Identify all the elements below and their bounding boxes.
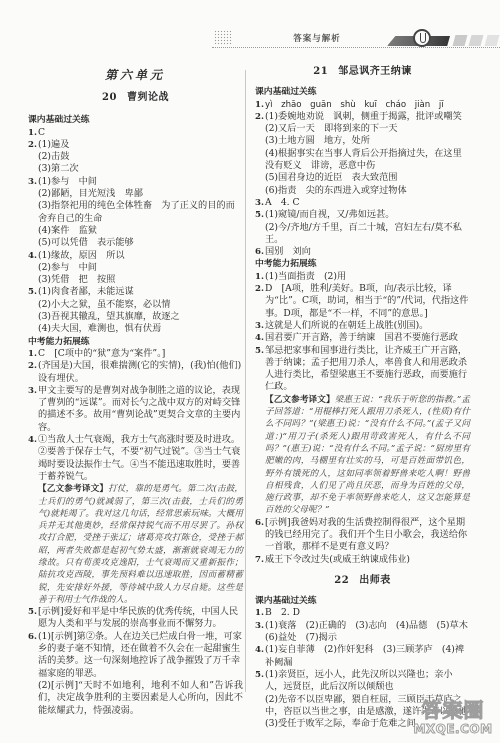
section-heading: 课内基础过关练 xyxy=(28,114,243,126)
answer-item: 5.邹忌把家事和国事进行类比，让齐威王广开言路，善于纳谏；孟子把用刀杀人，率兽食… xyxy=(255,345,470,394)
book-logo-icon xyxy=(413,29,431,47)
answer-item: 6.[示例]我爸妈对我的生活费控制得很严，这个星期的钱已经用完了。我们开个生日小… xyxy=(255,517,470,554)
answer-item: 3.甲文主要写的是曹刿对战争制胜之道的议论，表现了曹刿的“远谋”。而对长勺之战中… xyxy=(28,385,243,434)
answer-item: 2.D [A项，胜利/美好。B项，向/表示比较，译为“比”。C项，助词，相当于“… xyxy=(255,283,470,320)
answer-item: 1.C xyxy=(28,127,243,139)
watermark: 答案圈 MXQE.COM xyxy=(408,698,498,743)
answer-item: 5.(1)肉食者鄙，未能远谋 xyxy=(28,286,243,298)
header-dot-pattern xyxy=(214,30,232,45)
left-column: 20曹刿论战 课内基础过关练 1.C 2.(1)遍及 (2)击鼓 (3)第二次 … xyxy=(28,92,243,717)
lesson-title-21: 21邹忌讽齐王纳谏 xyxy=(255,66,470,78)
answer-item: 1.C [C项中的“狱”意为“案件”。] xyxy=(28,348,243,360)
answer-item: 2.(齐国是)大国，很难揣测(它的实情)，(我)怕(他们)设有埋伏。 xyxy=(28,360,243,385)
answer-item: 4.国君要广开言路，善于纳谏 国君不要施行恶政 xyxy=(255,332,470,344)
header-stripe-decoration xyxy=(469,35,484,46)
answer-item: 4.(1)缘故，原因 所以 xyxy=(28,250,243,262)
section-heading: 中考能力拓展练 xyxy=(255,258,470,270)
reference-translation: 【乙文参考译文】梁惠王说：“我乐于听您的指教。”孟子回答道：“用棍棒打死人跟用刀… xyxy=(265,394,470,517)
right-column: 21邹忌讽齐王纳谏 课内基础过关练 1.yì zhāo guān shù kuī… xyxy=(255,66,470,730)
answer-item: 2.(1)委婉地劝说 讽刺，侧重于揭露，批评或嘲笑 xyxy=(255,111,470,123)
answer-item: 1.B 2. D xyxy=(255,607,470,619)
unit-title: 第六单元 xyxy=(100,66,170,83)
header-title: 答案与解析 xyxy=(277,32,357,44)
answer-item: 6.(1)[示例]第②条。人在边关已烂成白骨一堆，可家乡的妻子毫不知情，还在做着… xyxy=(28,631,243,680)
answer-item: 3.(1)衰落 (2)正确的 (3)志向 (4)品德 (5)草木 (6)益处 (… xyxy=(255,620,470,645)
page-header: 答案与解析 xyxy=(212,28,500,50)
section-heading: 中考能力拓展练 xyxy=(28,336,243,348)
answer-item: 4.①当敌人士气衰竭，我方士气高涨时要及时进攻。②要善于保存士气，不要“初气过锐… xyxy=(28,434,243,483)
column-divider xyxy=(245,70,246,692)
answer-item: 7.威王下令改过失(或威王纳谏成伟业) xyxy=(255,554,470,566)
answer-item: 3.(1)参与 中间 xyxy=(28,176,243,188)
reference-translation: 【乙文参考译文】打仗，靠的是勇气。第二次(击鼓，士兵们的勇气)就减弱了，第三次(… xyxy=(38,483,243,606)
section-heading: 课内基础过关练 xyxy=(255,86,470,98)
header-rule xyxy=(212,47,500,48)
answer-item: 5.(1)窥镜/而自视，又/弗如远甚。 xyxy=(255,209,470,221)
answer-item: 1.(1)当面指责 (2)用 xyxy=(255,271,470,283)
header-stripe-decoration xyxy=(453,35,468,46)
header-stripe-decoration xyxy=(485,35,500,46)
section-heading: 课内基础过关练 xyxy=(255,595,470,607)
answer-item: 1.yì zhāo guān shù kuī cháo jiàn jī xyxy=(255,99,470,111)
answer-item: 2.(1)遍及 xyxy=(28,139,243,151)
answer-item: 5.(1)亲贤臣，远小人，此先汉所以兴隆也；亲小人，远贤臣，此后汉所以倾颓也 xyxy=(255,669,470,694)
answer-item: 3.这就是人们所说的在朝廷上战胜(别国)。 xyxy=(255,320,470,332)
answer-item: 6.国别 刘向 xyxy=(255,246,470,258)
answer-item: 4.(1)妄自菲薄 (2)作奸犯科 (3)三顾茅庐 (4)裨补阙漏 xyxy=(255,644,470,669)
answer-key-page: 答案与解析 第六单元 20曹刿论战 课内基础过关练 1.C 2.(1)遍及 (2… xyxy=(0,0,500,743)
lesson-title-22: 22出师表 xyxy=(255,575,470,587)
lesson-title-20: 20曹刿论战 xyxy=(28,92,243,104)
answer-item: 3.A 4. C xyxy=(255,197,470,209)
answer-item: 5.[示例]爱好和平是中华民族的优秀传统，中国人民愿为人类和平与发展的崇高事业而… xyxy=(28,606,243,631)
